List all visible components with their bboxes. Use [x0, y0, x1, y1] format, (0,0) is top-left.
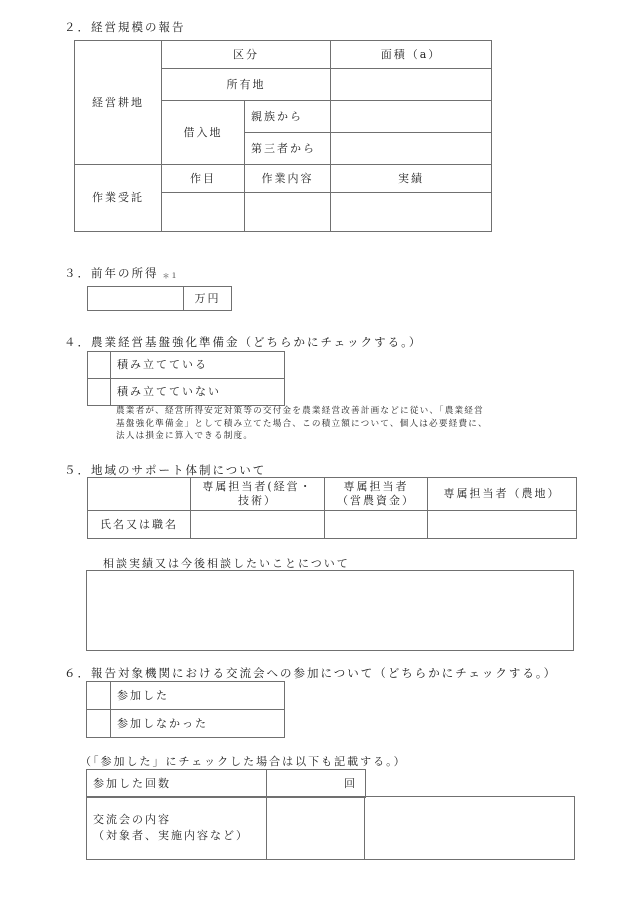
participation-count-table: 参加した回数 回 [86, 769, 366, 798]
section3-heading: ３．前年の所得＊１ [64, 265, 179, 281]
staff-finance-header-line2: （営農資金） [325, 494, 427, 508]
from-third-party-label: 第三者から [245, 133, 331, 165]
kubun-header: 区分 [162, 41, 331, 69]
explanation-line-3: 法人は損金に算入できる制度。 [116, 430, 488, 443]
not-participated-label: 参加しなかった [111, 710, 285, 738]
farmland-label: 経営耕地 [75, 41, 162, 165]
consultation-label: 相談実績又は今後相談したいことについて [103, 555, 350, 571]
income-table: 万円 [87, 286, 232, 311]
crop-input[interactable] [162, 193, 245, 232]
reserve-fund-explanation: 農業者が、経営所得安定対策等の交付金を農業経営改善計画などに従い、「農業経営 基… [116, 405, 488, 443]
count-unit: 回 [344, 777, 357, 790]
owned-land-label: 所有地 [162, 69, 331, 101]
staff-farmland-header: 専属担当者（農地） [428, 478, 577, 511]
reserve-not-accumulating-label: 積み立てていない [111, 379, 285, 406]
conditional-note: （「参加した」にチェックした場合は以下も記載する。） [80, 753, 407, 769]
exchange-meeting-options: 参加した 参加しなかった [86, 681, 285, 738]
owned-land-area-input[interactable] [331, 69, 492, 101]
staff-management-header-line1: 専属担当者(経営・ [191, 480, 324, 494]
area-header: 面積（a） [331, 41, 492, 69]
footnote-mark: ＊１ [163, 272, 179, 280]
staff-finance-header: 専属担当者 （営農資金） [325, 478, 428, 511]
staff-management-input[interactable] [191, 511, 325, 539]
reserve-accumulating-checkbox[interactable] [88, 352, 111, 379]
exchange-content-input-1[interactable] [267, 797, 365, 860]
work-content-input[interactable] [245, 193, 331, 232]
exchange-content-input-2[interactable] [365, 797, 575, 860]
participation-count-label: 参加した回数 [87, 770, 267, 798]
section2-heading: ２．経営規模の報告 [64, 19, 186, 35]
support-corner-cell [88, 478, 191, 511]
from-relatives-label: 親族から [245, 101, 331, 133]
result-input[interactable] [331, 193, 492, 232]
section3-heading-text: ３．前年の所得 [64, 266, 159, 280]
participation-count-input[interactable]: 回 [267, 770, 366, 798]
reserve-accumulating-label: 積み立てている [111, 352, 285, 379]
leased-land-label: 借入地 [162, 101, 245, 165]
not-participated-checkbox[interactable] [87, 710, 111, 738]
exchange-content-label-line1: 交流会の内容 [93, 812, 266, 828]
consultation-textarea[interactable] [86, 570, 574, 651]
exchange-content-label-line2: （対象者、実施内容など） [93, 828, 266, 844]
exchange-content-table: 交流会の内容 （対象者、実施内容など） [86, 796, 575, 860]
explanation-line-1: 農業者が、経営所得安定対策等の交付金を農業経営改善計画などに従い、「農業経営 [116, 405, 488, 418]
section5-heading: ５．地域のサポート体制について [64, 462, 266, 478]
section6-heading: ６．報告対象機関における交流会への参加について（どちらかにチェックする。） [64, 665, 557, 681]
staff-finance-input[interactable] [325, 511, 428, 539]
participated-checkbox[interactable] [87, 682, 111, 710]
staff-management-header: 専属担当者(経営・ 技術） [191, 478, 325, 511]
staff-farmland-input[interactable] [428, 511, 577, 539]
from-third-party-area-input[interactable] [331, 133, 492, 165]
income-unit: 万円 [184, 287, 232, 311]
result-header: 実績 [331, 165, 492, 193]
explanation-line-2: 基盤強化準備金」として積み立てた場合、この積立額について、個人は必要経費に、 [116, 418, 488, 431]
farm-scale-table: 経営耕地 区分 面積（a） 所有地 借入地 親族から 第三者から 作業受託 作目… [74, 40, 492, 232]
crop-header: 作目 [162, 165, 245, 193]
name-or-title-label: 氏名又は職名 [88, 511, 191, 539]
staff-finance-header-line1: 専属担当者 [325, 480, 427, 494]
work-content-header: 作業内容 [245, 165, 331, 193]
participated-label: 参加した [111, 682, 285, 710]
staff-management-header-line2: 技術） [191, 494, 324, 508]
income-input[interactable] [88, 287, 184, 311]
section4-heading: ４．農業経営基盤強化準備金（どちらかにチェックする。） [64, 334, 422, 350]
reserve-not-accumulating-checkbox[interactable] [88, 379, 111, 406]
support-system-table: 専属担当者(経営・ 技術） 専属担当者 （営農資金） 専属担当者（農地） 氏名又… [87, 477, 577, 539]
exchange-content-label: 交流会の内容 （対象者、実施内容など） [87, 797, 267, 860]
contract-work-label: 作業受託 [75, 165, 162, 232]
reserve-fund-options: 積み立てている 積み立てていない [87, 351, 285, 406]
from-relatives-area-input[interactable] [331, 101, 492, 133]
